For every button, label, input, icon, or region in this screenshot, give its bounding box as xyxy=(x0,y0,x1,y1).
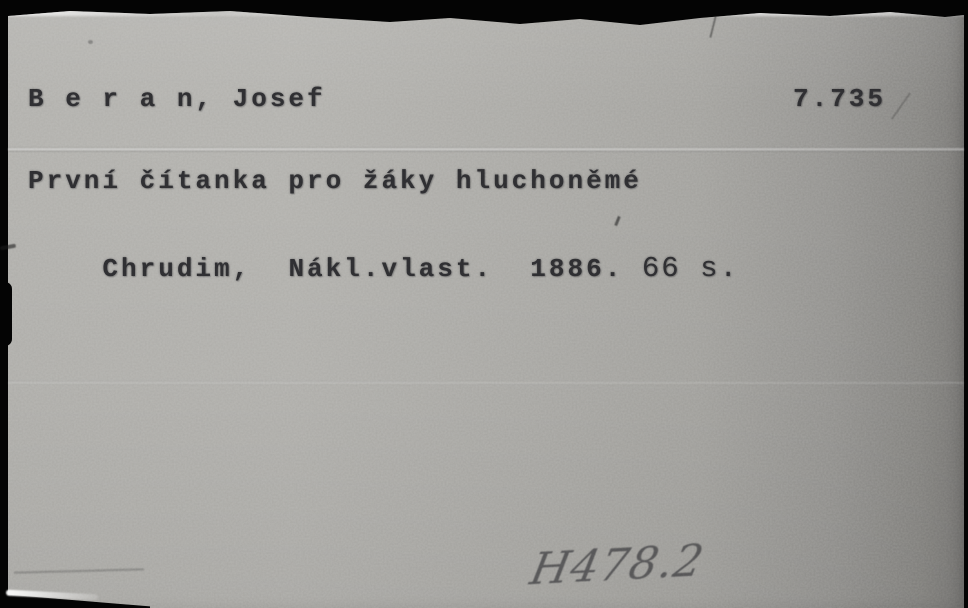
imprint-pages: 66 s. xyxy=(642,252,739,285)
horizontal-crease-upper xyxy=(8,147,964,152)
torn-top-edge-highlight xyxy=(8,9,964,16)
horizontal-crease-lower xyxy=(8,381,964,385)
card-edge-notch xyxy=(0,282,12,346)
handwritten-shelfmark: H478.2 xyxy=(527,540,708,593)
title-line: První čítanka pro žáky hluchoněmé xyxy=(28,166,642,196)
imprint-place-publisher-year: Chrudim, Nákl.vlast. 1886. xyxy=(102,254,641,284)
author-heading: B e r a n, Josef xyxy=(28,84,326,114)
call-number: 7.735 xyxy=(793,84,886,114)
ink-speck xyxy=(88,40,93,44)
imprint-line: Chrudim, Nákl.vlast. 1886. 66 s. xyxy=(28,222,739,315)
scanned-catalog-card-image: B e r a n, Josef 7.735 První čítanka pro… xyxy=(0,0,968,608)
